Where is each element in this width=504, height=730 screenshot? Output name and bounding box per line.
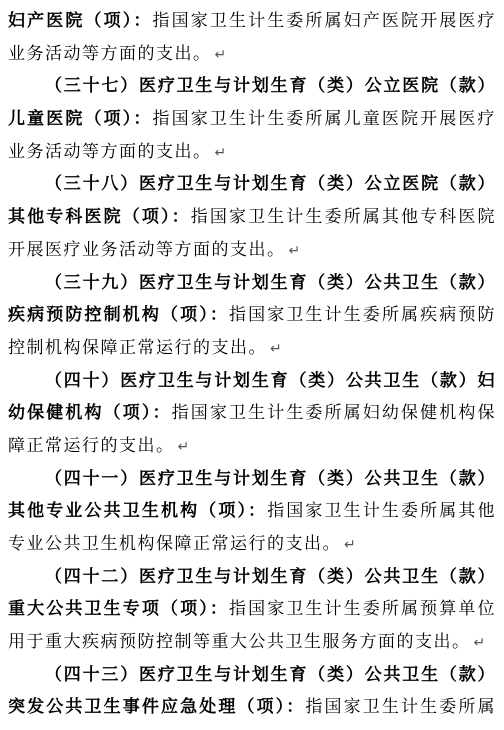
text-line: 业务活动等方面的支出。↵ (8, 38, 496, 71)
paragraph-mark-icon: ↵ (178, 439, 190, 455)
definition-text: 指国家卫生计生委所属 (305, 697, 496, 716)
term-heading-text: 突发公共卫生事件应急处理（项）： (8, 697, 305, 716)
term-heading-text: 妇产医院（项）： (8, 11, 152, 30)
definition-text: 指国家卫生计生委所属妇幼保健机构保 (172, 403, 496, 422)
text-line: 其他专科医院（项）：指国家卫生计生委所属其他专科医院 (8, 201, 496, 234)
text-line: 重大公共卫生专项（项）：指国家卫生计生委所属预算单位 (8, 593, 496, 626)
text-line: 其他专业公共卫生机构（项）：指国家卫生计生委所属其他 (8, 495, 496, 528)
term-heading-text: （四十二）医疗卫生与计划生育（类）公共卫生（款） (45, 567, 496, 586)
term-heading-text: 幼保健机构（项）： (8, 403, 172, 422)
text-line: （三十七）医疗卫生与计划生育（类）公立医院（款） (8, 70, 496, 103)
term-heading-text: 疾病预防控制机构（项）： (8, 305, 229, 324)
document-page: 妇产医院（项）：指国家卫生计生委所属妇产医院开展医疗业务活动等方面的支出。↵（三… (0, 0, 504, 730)
text-line: 幼保健机构（项）：指国家卫生计生委所属妇幼保健机构保 (8, 397, 496, 430)
text-line: （四十二）医疗卫生与计划生育（类）公共卫生（款） (8, 561, 496, 594)
definition-text: 专业公共卫生机构保障正常运行的支出。 (8, 534, 341, 553)
definition-text: 开展医疗业务活动等方面的支出。 (8, 240, 286, 259)
text-line: 专业公共卫生机构保障正常运行的支出。↵ (8, 528, 496, 561)
definition-text: 用于重大疾病预防控制等重大公共卫生服务方面的支出。 (8, 632, 471, 651)
text-line: 开展医疗业务活动等方面的支出。↵ (8, 234, 496, 267)
text-line: 业务活动等方面的支出。↵ (8, 136, 496, 169)
text-line: 障正常运行的支出。↵ (8, 430, 496, 463)
term-heading-text: 重大公共卫生专项（项）： (8, 599, 229, 618)
definition-text: 业务活动等方面的支出。 (8, 142, 212, 161)
paragraph-mark-icon: ↵ (344, 537, 356, 553)
term-heading-text: （三十九）医疗卫生与计划生育（类）公共卫生（款） (45, 273, 496, 292)
term-heading-text: （三十七）医疗卫生与计划生育（类）公立医院（款） (45, 76, 496, 95)
term-heading-text: （三十八）医疗卫生与计划生育（类）公立医院（款） (45, 174, 496, 193)
definition-text: 指国家卫生计生委所属疾病预防 (229, 305, 496, 324)
term-heading-text: 其他专业公共卫生机构（项）： (8, 501, 267, 520)
term-heading-text: 儿童医院（项）： (8, 109, 152, 128)
text-line: 儿童医院（项）：指国家卫生计生委所属儿童医院开展医疗 (8, 103, 496, 136)
definition-text: 控制机构保障正常运行的支出。 (8, 338, 267, 357)
text-line: （三十八）医疗卫生与计划生育（类）公立医院（款） (8, 168, 496, 201)
definition-text: 业务活动等方面的支出。 (8, 44, 212, 63)
text-line: （四十三）医疗卫生与计划生育（类）公共卫生（款） (8, 659, 496, 692)
text-line: 控制机构保障正常运行的支出。↵ (8, 332, 496, 365)
document-text-block: 妇产医院（项）：指国家卫生计生委所属妇产医院开展医疗业务活动等方面的支出。↵（三… (8, 5, 496, 724)
paragraph-mark-icon: ↵ (474, 635, 486, 651)
text-line: （四十一）医疗卫生与计划生育（类）公共卫生（款） (8, 463, 496, 496)
definition-text: 指国家卫生计生委所属其他专科医院 (191, 207, 496, 226)
term-heading-text: （四十三）医疗卫生与计划生育（类）公共卫生（款） (45, 665, 496, 684)
text-line: 用于重大疾病预防控制等重大公共卫生服务方面的支出。↵ (8, 626, 496, 659)
term-heading-text: （四十）医疗卫生与计划生育（类）公共卫生（款）妇 (45, 371, 496, 390)
definition-text: 指国家卫生计生委所属预算单位 (229, 599, 496, 618)
definition-text: 指国家卫生计生委所属儿童医院开展医疗 (152, 109, 496, 128)
paragraph-mark-icon: ↵ (215, 47, 227, 63)
text-line: 疾病预防控制机构（项）：指国家卫生计生委所属疾病预防 (8, 299, 496, 332)
paragraph-mark-icon: ↵ (215, 145, 227, 161)
text-line: （三十九）医疗卫生与计划生育（类）公共卫生（款） (8, 267, 496, 300)
text-line: 妇产医院（项）：指国家卫生计生委所属妇产医院开展医疗 (8, 5, 496, 38)
definition-text: 指国家卫生计生委所属其他 (267, 501, 496, 520)
paragraph-mark-icon: ↵ (270, 341, 282, 357)
definition-text: 障正常运行的支出。 (8, 436, 175, 455)
term-heading-text: （四十一）医疗卫生与计划生育（类）公共卫生（款） (45, 469, 496, 488)
paragraph-mark-icon: ↵ (289, 243, 301, 259)
definition-text: 指国家卫生计生委所属妇产医院开展医疗 (152, 11, 496, 30)
text-line: 突发公共卫生事件应急处理（项）：指国家卫生计生委所属 (8, 691, 496, 724)
text-line: （四十）医疗卫生与计划生育（类）公共卫生（款）妇 (8, 365, 496, 398)
term-heading-text: 其他专科医院（项）： (8, 207, 191, 226)
